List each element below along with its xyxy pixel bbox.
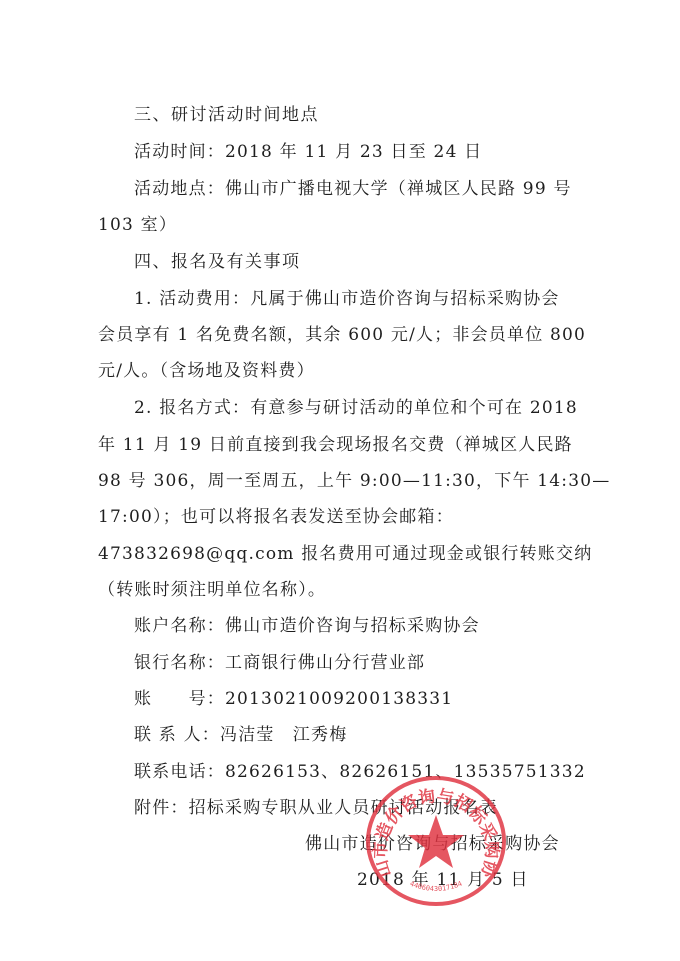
fee-line2: 会员享有 1 名免费名额，其余 600 元/人；非会员单位 800 <box>98 324 586 346</box>
account-name: 账户名称：佛山市造价咨询与招标采购协会 <box>134 615 480 637</box>
signup-line5-email: 473832698@qq.com 报名费用可通过现金或银行转账交纳 <box>98 543 592 565</box>
section-4-heading: 四、报名及有关事项 <box>134 251 301 273</box>
fee-line3: 元/人。（含场地及资料费） <box>98 360 315 382</box>
signature-org: 佛山市造价咨询与招标采购协会 <box>305 833 560 855</box>
document-page: 三、研讨活动时间地点 活动时间：2018 年 11 月 23 日至 24 日 活… <box>0 0 680 961</box>
signup-line4: 17:00）；也可以将报名表发送至协会邮箱： <box>98 506 454 528</box>
svg-text:佛山市造价咨询与招标采购协会: 佛山市造价咨询与招标采购协会 <box>363 773 502 881</box>
signup-line6: （转账时须注明单位名称）。 <box>98 579 326 601</box>
activity-place-line2: 103 室） <box>98 214 177 236</box>
attachment: 附件：招标采购专职从业人员研讨活动报名表 <box>134 797 498 819</box>
signature-date: 2018 年 11 月 5 日 <box>357 869 529 891</box>
signup-line2: 年 11 月 19 日前直接到我会现场报名交费（禅城区人民路 <box>98 434 573 456</box>
activity-time: 活动时间：2018 年 11 月 23 日至 24 日 <box>134 141 482 163</box>
fee-line1: 1. 活动费用：凡属于佛山市造价咨询与招标采购协会 <box>134 288 560 310</box>
activity-place-line1: 活动地点：佛山市广播电视大学（禅城区人民路 99 号 <box>134 178 572 200</box>
signup-line1: 2. 报名方式：有意参与研讨活动的单位和个可在 2018 <box>134 397 578 419</box>
section-3-heading: 三、研讨活动时间地点 <box>134 104 319 126</box>
contacts: 联 系 人：冯洁莹 江秀梅 <box>134 724 347 746</box>
account-number: 账 号：2013021009200138331 <box>134 688 453 710</box>
signup-line3: 98 号 306，周一至周五，上午 9:00—11:30，下午 14:30— <box>98 470 610 492</box>
bank-name: 银行名称：工商银行佛山分行营业部 <box>134 652 425 674</box>
contact-phones: 联系电话：82626153、82626151、13535751332 <box>134 761 586 783</box>
